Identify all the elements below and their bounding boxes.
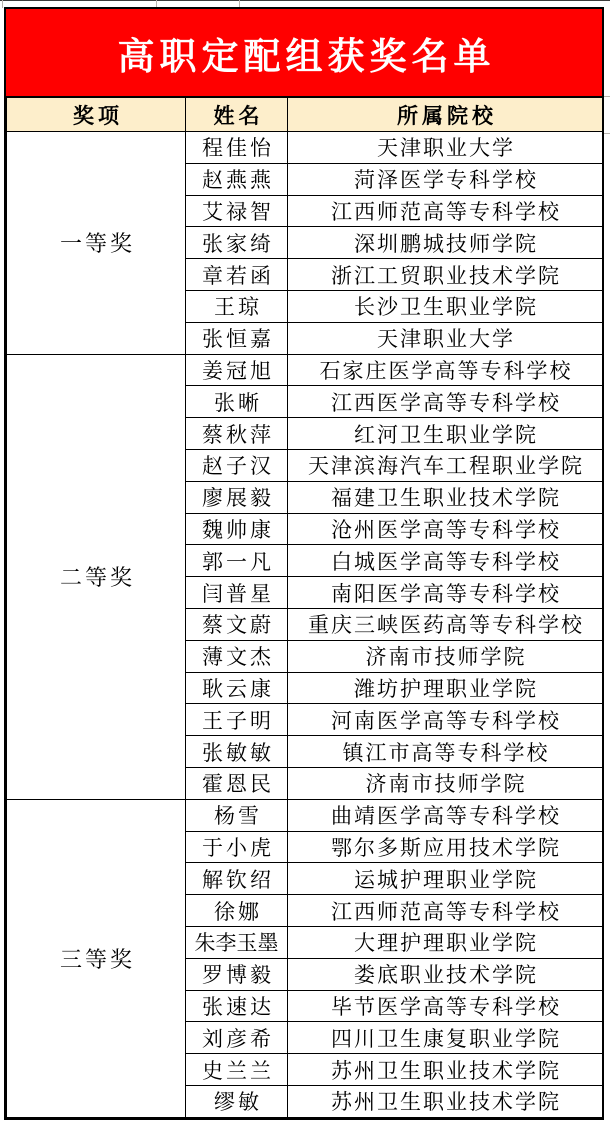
award-table: 奖项 姓名 所属院校 一等奖程佳怡天津职业大学赵燕燕菏泽医学专科学校艾禄智江西师… <box>6 97 603 1118</box>
school-cell: 河南医学高等专科学校 <box>288 704 603 736</box>
award-group-cell: 一等奖 <box>7 132 186 355</box>
school-cell: 济南市技师学院 <box>288 640 603 672</box>
winner-name-cell: 霍恩民 <box>186 767 288 799</box>
winner-name-cell: 张恒嘉 <box>186 322 288 354</box>
winner-name-cell: 缪敏 <box>186 1085 288 1117</box>
winner-name-cell: 于小虎 <box>186 831 288 863</box>
winner-name-cell: 罗博毅 <box>186 958 288 990</box>
winner-name-cell: 张速达 <box>186 990 288 1022</box>
winner-name-cell: 魏帅康 <box>186 513 288 545</box>
header-row: 奖项 姓名 所属院校 <box>7 98 603 132</box>
school-cell: 江西师范高等专科学校 <box>288 895 603 927</box>
winner-name-cell: 闫普星 <box>186 577 288 609</box>
winner-name-cell: 艾禄智 <box>186 195 288 227</box>
col-header-school: 所属院校 <box>288 98 603 132</box>
award-group-cell: 三等奖 <box>7 799 186 1117</box>
winner-name-cell: 章若函 <box>186 259 288 291</box>
winner-name-cell: 姜冠旭 <box>186 354 288 386</box>
winner-name-cell: 王琼 <box>186 290 288 322</box>
school-cell: 沧州医学高等专科学校 <box>288 513 603 545</box>
winner-name-cell: 王子明 <box>186 704 288 736</box>
school-cell: 鄂尔多斯应用技术学院 <box>288 831 603 863</box>
winner-name-cell: 刘彦希 <box>186 1022 288 1054</box>
winner-name-cell: 朱李玉墨 <box>186 926 288 958</box>
school-cell: 天津职业大学 <box>288 132 603 164</box>
winner-name-cell: 解钦绍 <box>186 863 288 895</box>
winner-name-cell: 蔡文蔚 <box>186 608 288 640</box>
school-cell: 苏州卫生职业技术学院 <box>288 1054 603 1086</box>
school-cell: 四川卫生康复职业学院 <box>288 1022 603 1054</box>
page-title: 高职定配组获奖名单 <box>6 9 602 97</box>
school-cell: 重庆三峡医药高等专科学校 <box>288 608 603 640</box>
table-row: 三等奖杨雪曲靖医学高等专科学校 <box>7 799 603 831</box>
table-row: 一等奖程佳怡天津职业大学 <box>7 132 603 164</box>
winner-name-cell: 耿云康 <box>186 672 288 704</box>
gridline-artifact <box>2 0 3 8</box>
school-cell: 毕节医学高等专科学校 <box>288 990 603 1022</box>
winner-name-cell: 杨雪 <box>186 799 288 831</box>
table-row: 二等奖姜冠旭石家庄医学高等专科学校 <box>7 354 603 386</box>
gridline-artifact <box>239 0 240 7</box>
school-cell: 南阳医学高等专科学校 <box>288 577 603 609</box>
school-cell: 济南市技师学院 <box>288 767 603 799</box>
school-cell: 浙江工贸职业技术学院 <box>288 259 603 291</box>
winner-name-cell: 赵子汉 <box>186 449 288 481</box>
school-cell: 红河卫生职业学院 <box>288 418 603 450</box>
gridline-artifact <box>156 0 157 7</box>
school-cell: 白城医学高等专科学校 <box>288 545 603 577</box>
winner-name-cell: 赵燕燕 <box>186 163 288 195</box>
school-cell: 江西师范高等专科学校 <box>288 195 603 227</box>
school-cell: 天津滨海汽车工程职业学院 <box>288 449 603 481</box>
school-cell: 潍坊护理职业学院 <box>288 672 603 704</box>
school-cell: 石家庄医学高等专科学校 <box>288 354 603 386</box>
winner-name-cell: 程佳怡 <box>186 132 288 164</box>
school-cell: 长沙卫生职业学院 <box>288 290 603 322</box>
award-sheet: 高职定配组获奖名单 奖项 姓名 所属院校 一等奖程佳怡天津职业大学赵燕燕菏泽医学… <box>4 7 604 1120</box>
col-header-name: 姓名 <box>186 98 288 132</box>
winner-name-cell: 张家绮 <box>186 227 288 259</box>
school-cell: 运城护理职业学院 <box>288 863 603 895</box>
winner-name-cell: 张敏敏 <box>186 736 288 768</box>
school-cell: 苏州卫生职业技术学院 <box>288 1085 603 1117</box>
col-header-award: 奖项 <box>7 98 186 132</box>
winner-name-cell: 史兰兰 <box>186 1054 288 1086</box>
gridline-artifact <box>604 96 610 97</box>
school-cell: 深圳鹏城技师学院 <box>288 227 603 259</box>
school-cell: 曲靖医学高等专科学校 <box>288 799 603 831</box>
winner-name-cell: 廖展毅 <box>186 481 288 513</box>
winner-name-cell: 张晰 <box>186 386 288 418</box>
school-cell: 大理护理职业学院 <box>288 926 603 958</box>
school-cell: 菏泽医学专科学校 <box>288 163 603 195</box>
award-group-cell: 二等奖 <box>7 354 186 799</box>
gridline-artifact <box>604 133 610 134</box>
school-cell: 镇江市高等专科学校 <box>288 736 603 768</box>
winner-name-cell: 薄文杰 <box>186 640 288 672</box>
winner-name-cell: 徐娜 <box>186 895 288 927</box>
school-cell: 天津职业大学 <box>288 322 603 354</box>
gridline-artifact <box>0 0 610 1</box>
school-cell: 福建卫生职业技术学院 <box>288 481 603 513</box>
winner-name-cell: 蔡秋萍 <box>186 418 288 450</box>
school-cell: 江西医学高等专科学校 <box>288 386 603 418</box>
winner-name-cell: 郭一凡 <box>186 545 288 577</box>
school-cell: 娄底职业技术学院 <box>288 958 603 990</box>
